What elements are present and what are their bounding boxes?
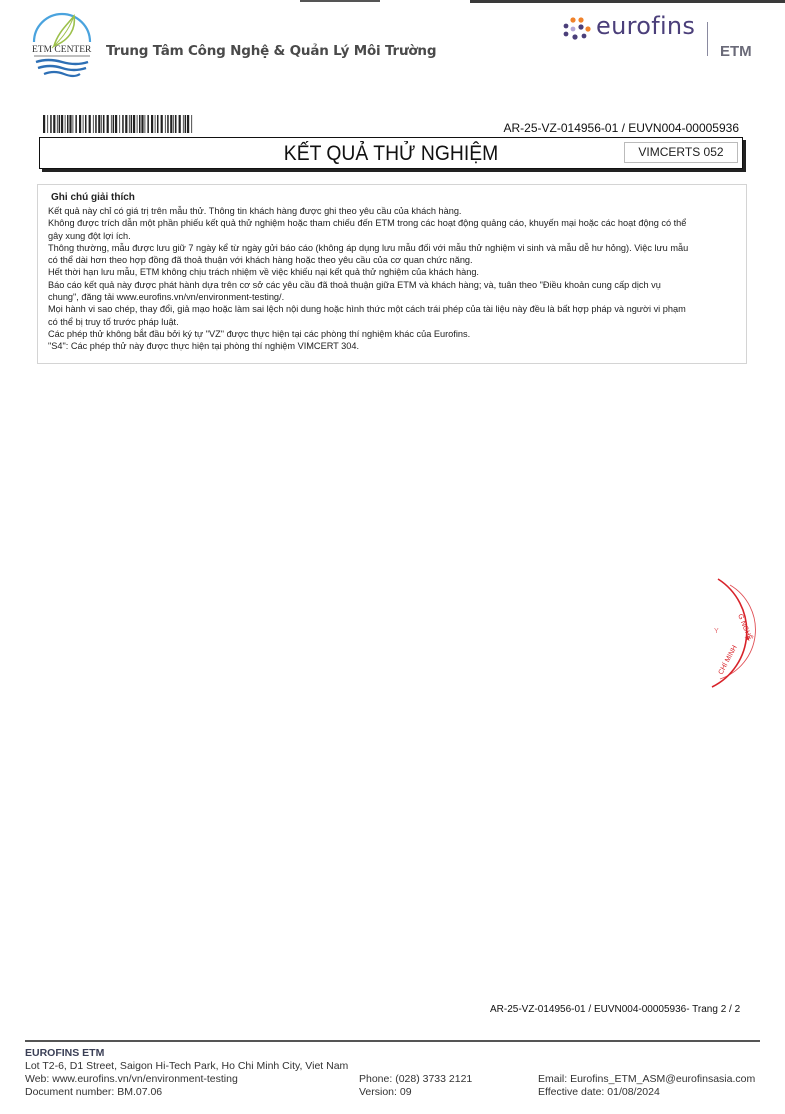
note-line: Kết quả này chỉ có giá trị trên mẫu thử.… bbox=[48, 205, 738, 217]
eurofins-brand-name: eurofins bbox=[596, 12, 695, 40]
footer-effective-date: Effective date: 01/08/2024 bbox=[538, 1086, 660, 1098]
seal-icon: G NGHỆ ★ CHÍ MINH Y bbox=[700, 575, 770, 690]
barcode-icon bbox=[43, 115, 193, 133]
notes-lines: Kết quả này chỉ có giá trị trên mẫu thử.… bbox=[48, 205, 738, 353]
footer-phone: Phone: (028) 3733 2121 bbox=[359, 1073, 472, 1085]
explanatory-notes: Ghi chú giải thích Kết quả này chỉ có gi… bbox=[37, 184, 747, 364]
note-line: có thể dài hơn theo hợp đồng đã thoả thu… bbox=[48, 254, 738, 266]
note-line: "S4": Các phép thử này được thực hiện tạ… bbox=[48, 340, 738, 352]
footer-divider bbox=[25, 1040, 760, 1042]
footer-version: Version: 09 bbox=[359, 1086, 412, 1098]
company-seal-stamp: G NGHỆ ★ CHÍ MINH Y bbox=[700, 575, 770, 690]
note-line: Mọi hành vi sao chép, thay đổi, giả mạo … bbox=[48, 303, 738, 315]
eurofins-dots-icon bbox=[562, 16, 592, 42]
accreditation-badge: VIMCERTS 052 bbox=[624, 142, 738, 163]
etm-center-logo: ETM CENTER bbox=[24, 12, 100, 82]
footer-row-document: Document number: BM.07.06 Version: 09 Ef… bbox=[25, 1086, 765, 1098]
footer-address: Lot T2-6, D1 Street, Saigon Hi-Tech Park… bbox=[25, 1060, 348, 1072]
report-title-box: KẾT QUẢ THỬ NGHIỆM VIMCERTS 052 bbox=[39, 137, 743, 169]
note-line: Các phép thử không bắt đầu bởi ký tự "VZ… bbox=[48, 328, 738, 340]
notes-title: Ghi chú giải thích bbox=[51, 192, 135, 203]
etm-logo-text: ETM CENTER bbox=[32, 45, 91, 55]
note-line: Không được trích dẫn một phần phiếu kết … bbox=[48, 217, 738, 229]
footer-email: Email: Eurofins_ETM_ASM@eurofinsasia.com bbox=[538, 1073, 755, 1085]
footer-document-number: Document number: BM.07.06 bbox=[25, 1086, 162, 1098]
report-title: KẾT QUẢ THỬ NGHIỆM bbox=[68, 142, 714, 166]
note-line: có thể bị truy tố trước pháp luật. bbox=[48, 316, 738, 328]
note-line: Báo cáo kết quả này được phát hành dựa t… bbox=[48, 279, 738, 291]
note-line: Hết thời hạn lưu mẫu, ETM không chịu trá… bbox=[48, 266, 738, 278]
report-id: AR-25-VZ-014956-01 / EUVN004-00005936 bbox=[504, 121, 739, 135]
scan-edge-bar bbox=[470, 0, 785, 3]
footer-row-contact: Web: www.eurofins.vn/vn/environment-test… bbox=[25, 1073, 765, 1085]
note-line: gây xung đột lợi ích. bbox=[48, 230, 738, 242]
logo-divider bbox=[707, 22, 708, 56]
eurofins-etm-label: ETM bbox=[720, 43, 752, 60]
footer-company: EUROFINS ETM bbox=[25, 1047, 104, 1059]
svg-text:★: ★ bbox=[744, 634, 751, 643]
note-line: Thông thường, mẫu được lưu giữ 7 ngày kể… bbox=[48, 242, 738, 254]
note-line: chung", đăng tải www.eurofins.vn/vn/envi… bbox=[48, 291, 738, 303]
page-footer-report-id: AR-25-VZ-014956-01 / EUVN004-00005936- T… bbox=[490, 1004, 740, 1015]
svg-text:Y: Y bbox=[714, 628, 719, 635]
organization-name: Trung Tâm Công Nghệ & Quản Lý Môi Trường bbox=[106, 43, 436, 59]
footer-web: Web: www.eurofins.vn/vn/environment-test… bbox=[25, 1073, 238, 1085]
scan-edge-mark bbox=[300, 0, 380, 2]
